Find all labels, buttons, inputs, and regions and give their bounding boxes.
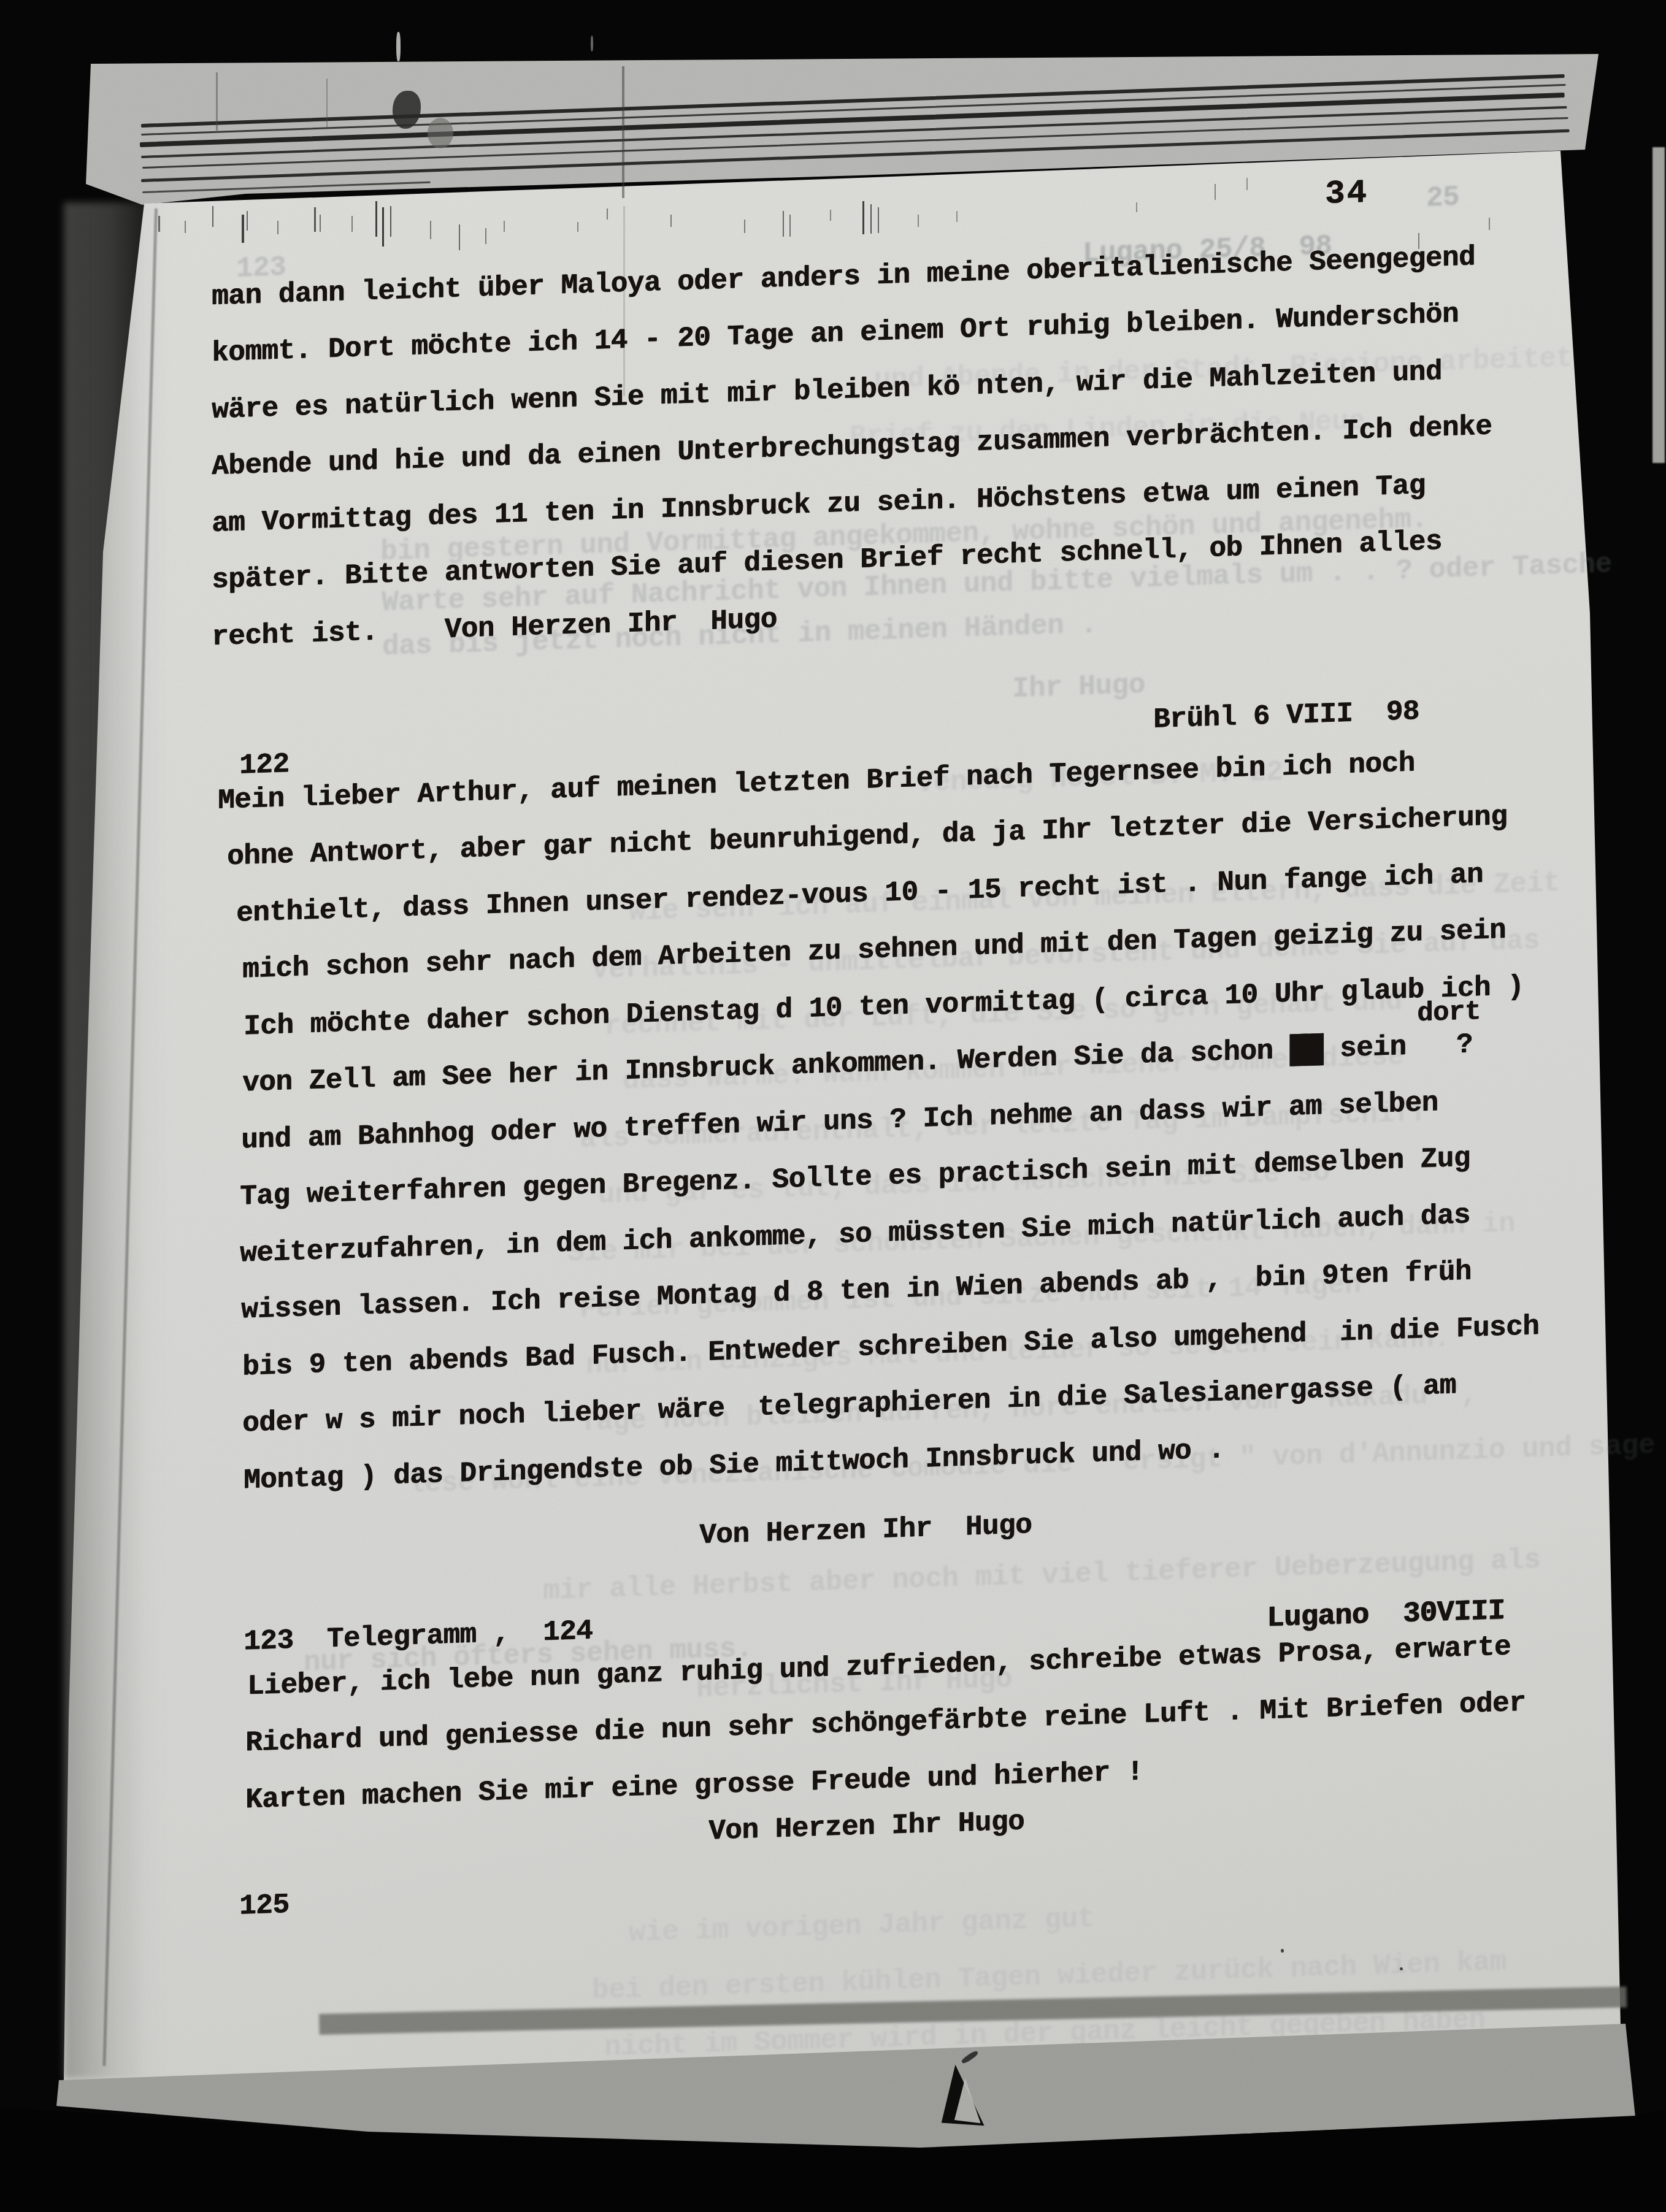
ink-mark (918, 215, 919, 227)
ink-mark (185, 221, 186, 233)
ink-mark (396, 32, 401, 61)
ink-mark (504, 221, 505, 232)
ink-mark (862, 201, 864, 234)
ink-mark (744, 220, 745, 233)
page-corner-fold-highlight (954, 2078, 986, 2124)
ink-mark (1489, 218, 1490, 230)
ink-mark (830, 210, 831, 221)
ink-mark (277, 221, 278, 234)
inserted-word: dort (1417, 998, 1481, 1028)
ink-mark (320, 215, 321, 232)
ink-mark (577, 222, 578, 232)
ghost-line: wie im vorigen Jahr ganz gut (629, 1904, 1094, 1948)
page-number: 34 (1325, 177, 1368, 213)
letter-dateline: Brühl 6 VIII 98 (1153, 697, 1419, 735)
document-scan: 25Lugano 25/8 98123und Abende in der Sta… (0, 0, 1666, 2212)
ink-mark (375, 201, 377, 237)
ink-mark (430, 221, 431, 239)
ink-mark (390, 206, 391, 237)
typed-text-layer: 25Lugano 25/8 98123und Abende in der Sta… (212, 236, 1666, 2122)
ink-mark (956, 211, 958, 222)
letter-closing: Von Herzen Ihr Hugo (699, 1510, 1032, 1550)
ink-mark (878, 207, 879, 233)
ink-mark (382, 207, 384, 247)
ink-mark (789, 215, 791, 237)
ink-mark (212, 206, 213, 227)
ink-mark (428, 118, 453, 148)
letter-number: 125 (239, 1890, 289, 1921)
letter-dateline: Lugano 30VIII (1267, 1596, 1505, 1634)
ink-mark (870, 204, 872, 234)
ink-mark (670, 215, 672, 227)
ink-mark (326, 78, 328, 128)
page-left-edge-shadow (64, 202, 168, 2079)
ink-mark (314, 207, 316, 232)
letter-number: 122 (239, 749, 289, 781)
ink-mark (351, 216, 353, 232)
ink-mark (1136, 202, 1137, 212)
ghost-signature: Ihr Hugo (1012, 670, 1145, 704)
typed-line: Mein lieber Arthur, auf meinen letzten B… (218, 748, 1415, 816)
ink-mark (1215, 184, 1216, 200)
ink-mark (1246, 178, 1248, 190)
ink-mark (783, 211, 784, 237)
ink-mark (158, 216, 160, 232)
ghost-page-number: 25 (1426, 183, 1459, 213)
ink-mark (242, 215, 244, 243)
ink-mark (622, 66, 624, 198)
ghost-line: mir alle Herbst aber noch mit viel tiefe… (543, 1545, 1540, 1606)
ink-mark (247, 211, 248, 231)
ink-mark (607, 209, 608, 220)
letter-closing: Von Herzen Ihr Hugo (708, 1807, 1024, 1846)
typed-line: ohne Antwort, aber gar nicht beunruhigen… (227, 802, 1507, 872)
ink-mark (485, 228, 486, 244)
ink-mark (459, 224, 460, 250)
ink-mark (591, 36, 593, 52)
ink-mark (216, 72, 218, 131)
